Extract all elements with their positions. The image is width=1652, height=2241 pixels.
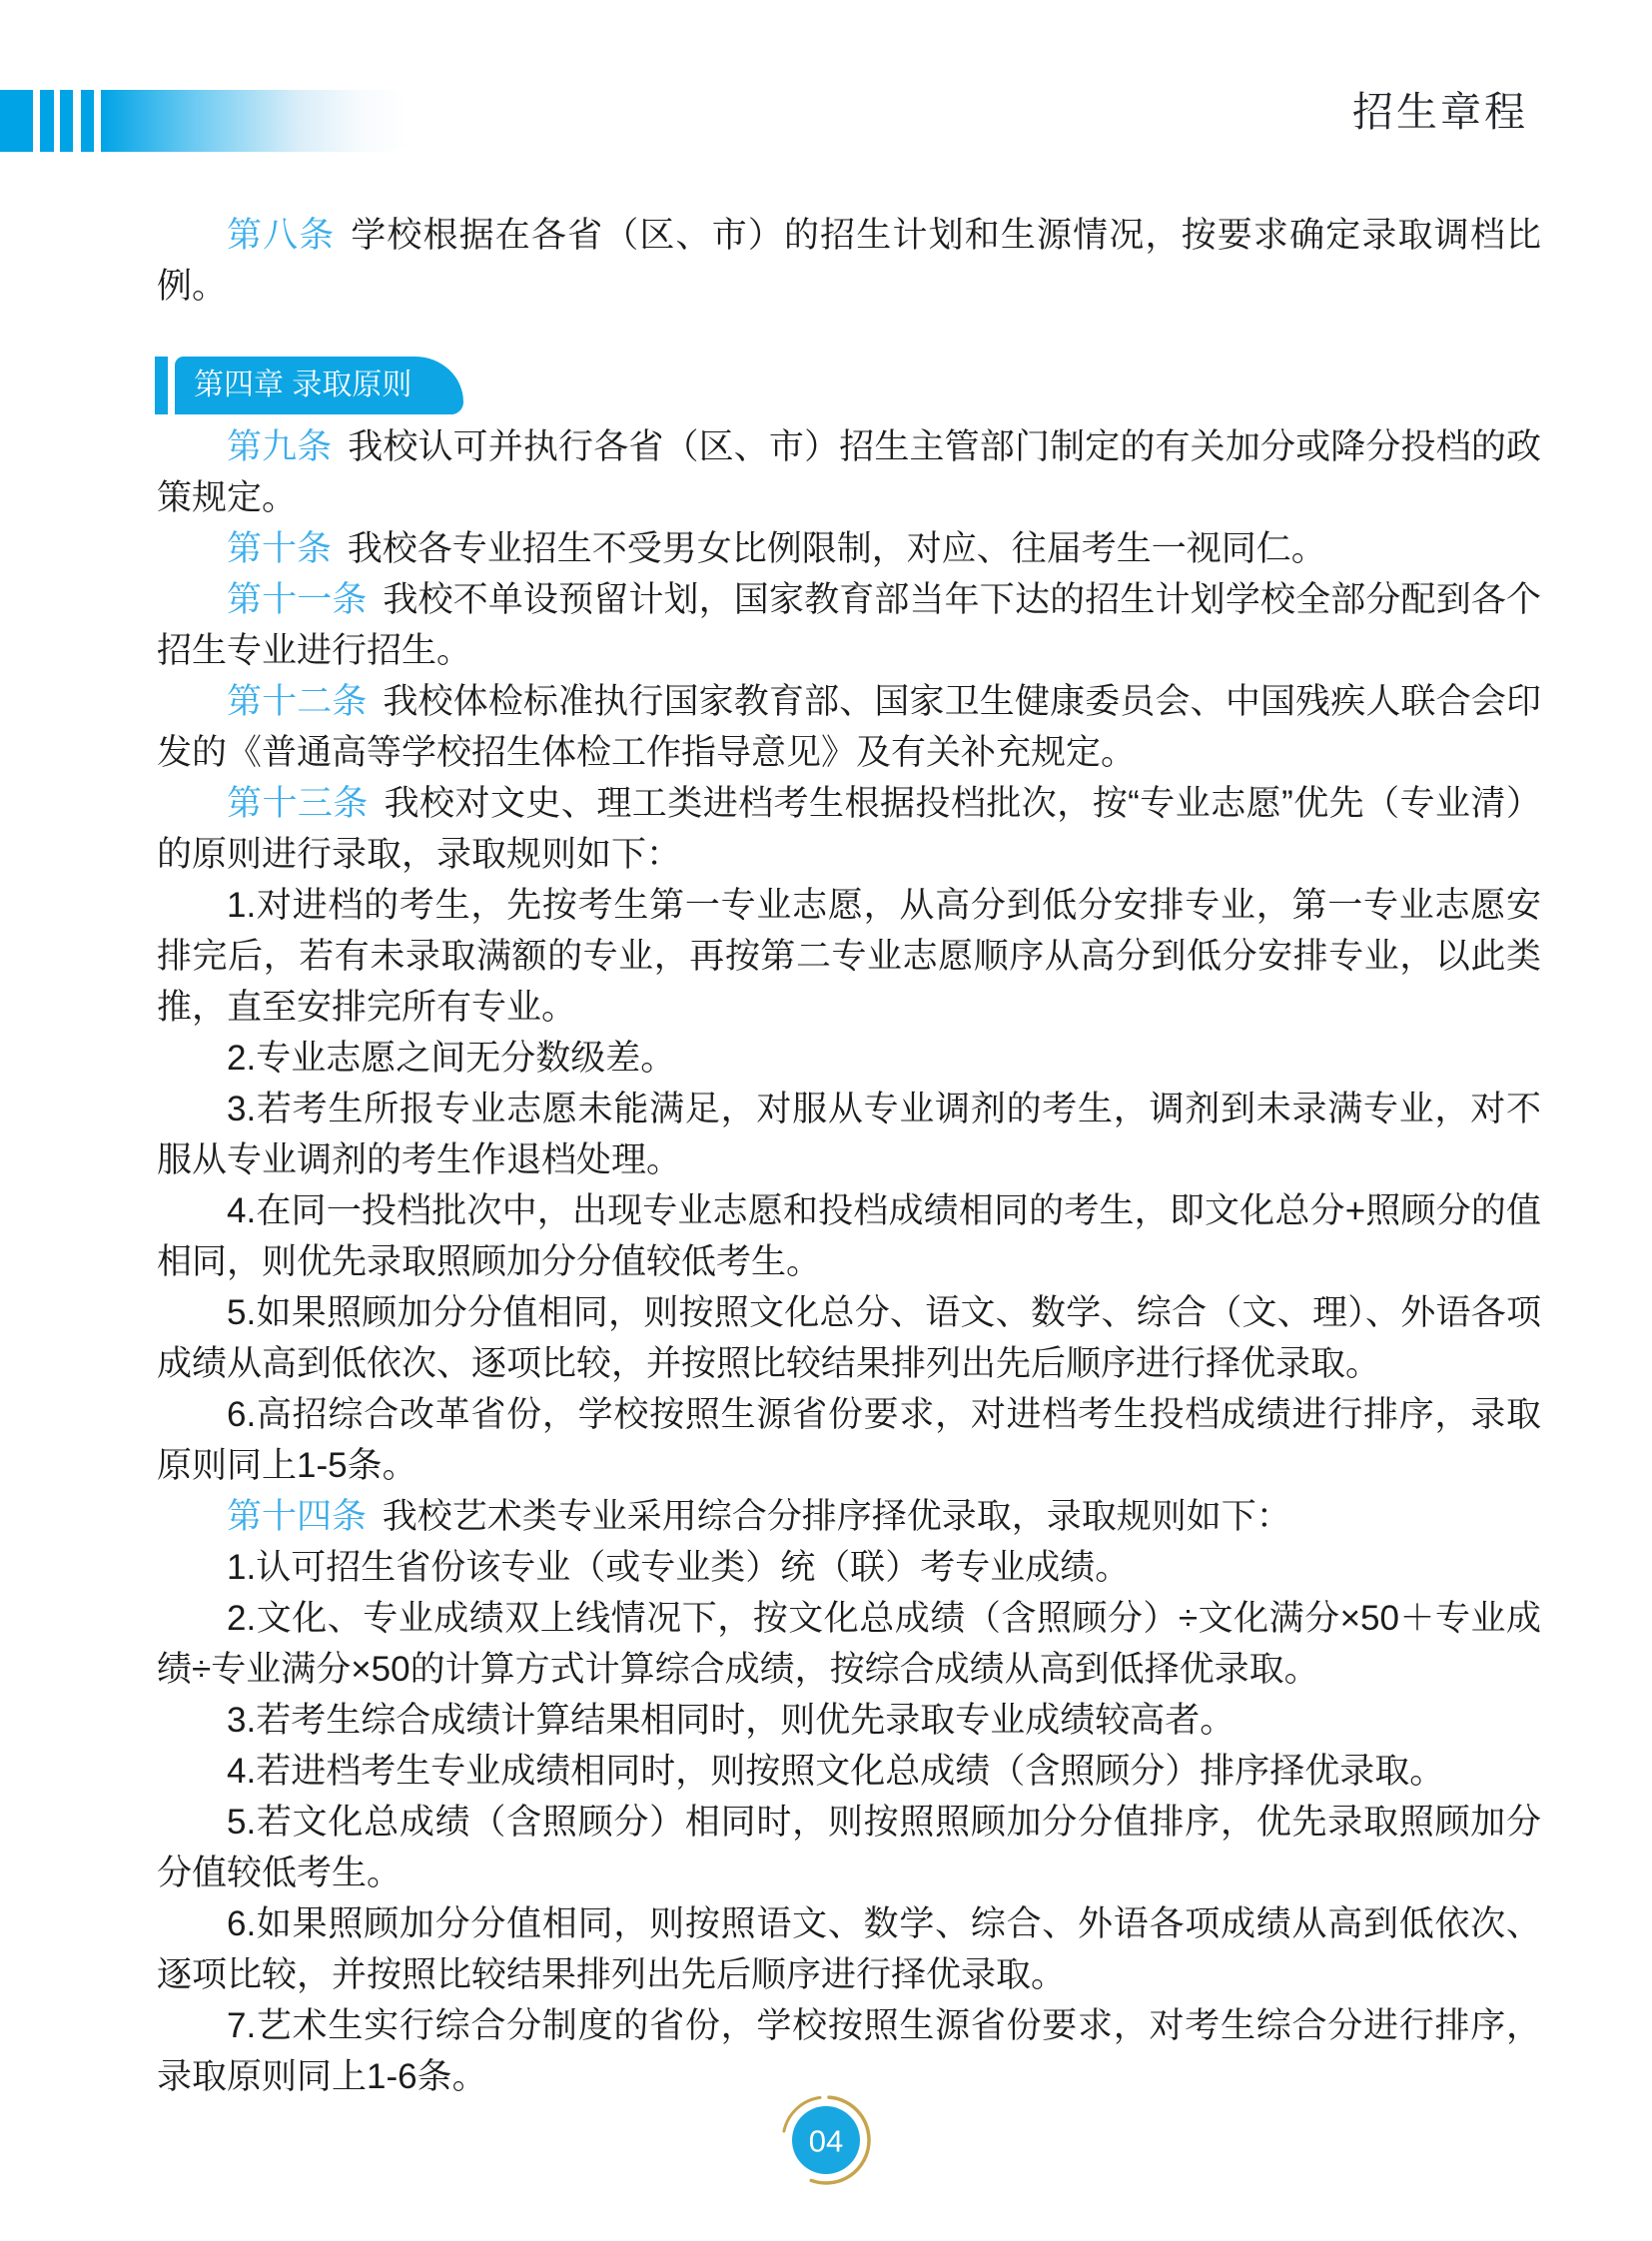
stripe-bar (40, 90, 54, 152)
paragraph: 2.文化、专业成绩双上线情况下，按文化总成绩（含照顾分）÷文化满分×50＋专业成… (157, 1593, 1541, 1695)
paragraph: 第八条学校根据在各省（区、市）的招生计划和生源情况，按要求确定录取调档比例。 (157, 210, 1541, 312)
article-number-label: 第十四条 (227, 1497, 367, 1536)
paragraph: 3.若考生所报专业志愿未能满足，对服从专业调剂的考生，调剂到未录满专业，对不服从… (157, 1084, 1541, 1185)
paragraph-text: 5.若文化总成绩（含照顾分）相同时，则按照照顾加分分值排序，优先录取照顾加分分值… (157, 1803, 1541, 1892)
page-title: 招生章程 (1352, 88, 1528, 136)
paragraph-text: 我校艺术类专业采用综合分排序择优录取，录取规则如下： (383, 1497, 1291, 1536)
paragraph-text: 6.高招综合改革省份，学校按照生源省份要求，对进档考生投档成绩进行排序，录取原则… (157, 1395, 1541, 1485)
paragraph-text: 4.若进档考生专业成绩相同时，则按照文化总成绩（含照顾分）排序择优录取。 (227, 1752, 1444, 1791)
paragraph-text: 4.在同一投档批次中，出现专业志愿和投档成绩相同的考生，即文化总分+照顾分的值相… (157, 1191, 1541, 1281)
paragraph-text: 2.专业志愿之间无分数级差。 (227, 1039, 675, 1078)
paragraph: 6.高招综合改革省份，学校按照生源省份要求，对进档考生投档成绩进行排序，录取原则… (157, 1389, 1541, 1491)
paragraph-text: 2.文化、专业成绩双上线情况下，按文化总成绩（含照顾分）÷文化满分×50＋专业成… (157, 1599, 1541, 1689)
paragraph: 4.若进档考生专业成绩相同时，则按照文化总成绩（含照顾分）排序择优录取。 (157, 1746, 1541, 1797)
paragraph: 1.对进档的考生，先按考生第一专业志愿，从高分到低分安排专业，第一专业志愿安排完… (157, 880, 1541, 1033)
stripe-bar (0, 90, 33, 152)
article-number-label: 第九条 (227, 427, 332, 466)
paragraph: 4.在同一投档批次中，出现专业志愿和投档成绩相同的考生，即文化总分+照顾分的值相… (157, 1185, 1541, 1287)
paragraph-text: 我校各专业招生不受男女比例限制，对应、往届考生一视同仁。 (348, 529, 1326, 568)
paragraph: 第十条我校各专业招生不受男女比例限制，对应、往届考生一视同仁。 (157, 523, 1541, 574)
chapter-badge-label: 第四章 录取原则 (175, 357, 463, 414)
header-stripes-decoration (0, 90, 519, 152)
gradient-swoosh (101, 90, 418, 152)
paragraph: 7.艺术生实行综合分制度的省份，学校按照生源省份要求，对考生综合分进行排序，录取… (157, 2000, 1541, 2102)
article-number-label: 第十条 (227, 529, 332, 568)
paragraph: 第九条我校认可并执行各省（区、市）招生主管部门制定的有关加分或降分投档的政策规定… (157, 421, 1541, 523)
content-area: 第八条学校根据在各省（区、市）的招生计划和生源情况，按要求确定录取调档比例。第四… (157, 210, 1541, 2102)
paragraph: 5.若文化总成绩（含照顾分）相同时，则按照照顾加分分值排序，优先录取照顾加分分值… (157, 1797, 1541, 1898)
paragraph: 第十二条我校体检标准执行国家教育部、国家卫生健康委员会、中国残疾人联合会印发的《… (157, 676, 1541, 778)
paragraph-text: 3.若考生所报专业志愿未能满足，对服从专业调剂的考生，调剂到未录满专业，对不服从… (157, 1090, 1541, 1179)
paragraph-text: 7.艺术生实行综合分制度的省份，学校按照生源省份要求，对考生综合分进行排序，录取… (157, 2006, 1541, 2096)
article-number-label: 第十二条 (227, 682, 368, 721)
paragraph-text: 1.对进档的考生，先按考生第一专业志愿，从高分到低分安排专业，第一专业志愿安排完… (157, 886, 1541, 1027)
paragraph-text: 3.若考生综合成绩计算结果相同时，则优先录取专业成绩较高者。 (227, 1701, 1235, 1740)
article-number-label: 第八条 (227, 216, 335, 255)
document-page: 招生章程 第八条学校根据在各省（区、市）的招生计划和生源情况，按要求确定录取调档… (0, 0, 1652, 2241)
paragraph: 第十一条我校不单设预留计划，国家教育部当年下达的招生计划学校全部分配到各个招生专… (157, 574, 1541, 676)
paragraph-text: 6.如果照顾加分分值相同，则按照语文、数学、综合、外语各项成绩从高到低依次、逐项… (157, 1904, 1541, 1994)
page-number: 04 (809, 2124, 843, 2159)
paragraph: 第十三条我校对文史、理工类进档考生根据投档批次，按“专业志愿”优先（专业清）的原… (157, 778, 1541, 880)
stripe-bar (60, 90, 73, 152)
paragraph-text: 1.认可招生省份该专业（或专业类）统（联）考专业成绩。 (227, 1548, 1130, 1587)
article-number-label: 第十三条 (227, 784, 369, 823)
page-number-medallion: 04 (776, 2090, 876, 2190)
paragraph: 1.认可招生省份该专业（或专业类）统（联）考专业成绩。 (157, 1542, 1541, 1593)
paragraph-text: 学校根据在各省（区、市）的招生计划和生源情况，按要求确定录取调档比例。 (157, 216, 1541, 306)
chapter-accent-bar (155, 357, 168, 414)
paragraph: 第十四条我校艺术类专业采用综合分排序择优录取，录取规则如下： (157, 1491, 1541, 1542)
chapter-heading: 第四章 录取原则 (155, 357, 1541, 414)
paragraph-text: 5.如果照顾加分分值相同，则按照文化总分、语文、数学、综合（文、理）、外语各项成… (157, 1293, 1541, 1383)
paragraph: 2.专业志愿之间无分数级差。 (157, 1033, 1541, 1084)
paragraph: 6.如果照顾加分分值相同，则按照语文、数学、综合、外语各项成绩从高到低依次、逐项… (157, 1898, 1541, 2000)
paragraph: 5.如果照顾加分分值相同，则按照文化总分、语文、数学、综合（文、理）、外语各项成… (157, 1287, 1541, 1389)
stripe-bar (81, 90, 94, 152)
article-number-label: 第十一条 (227, 580, 368, 619)
paragraph-text: 我校认可并执行各省（区、市）招生主管部门制定的有关加分或降分投档的政策规定。 (157, 427, 1541, 517)
paragraph: 3.若考生综合成绩计算结果相同时，则优先录取专业成绩较高者。 (157, 1695, 1541, 1746)
